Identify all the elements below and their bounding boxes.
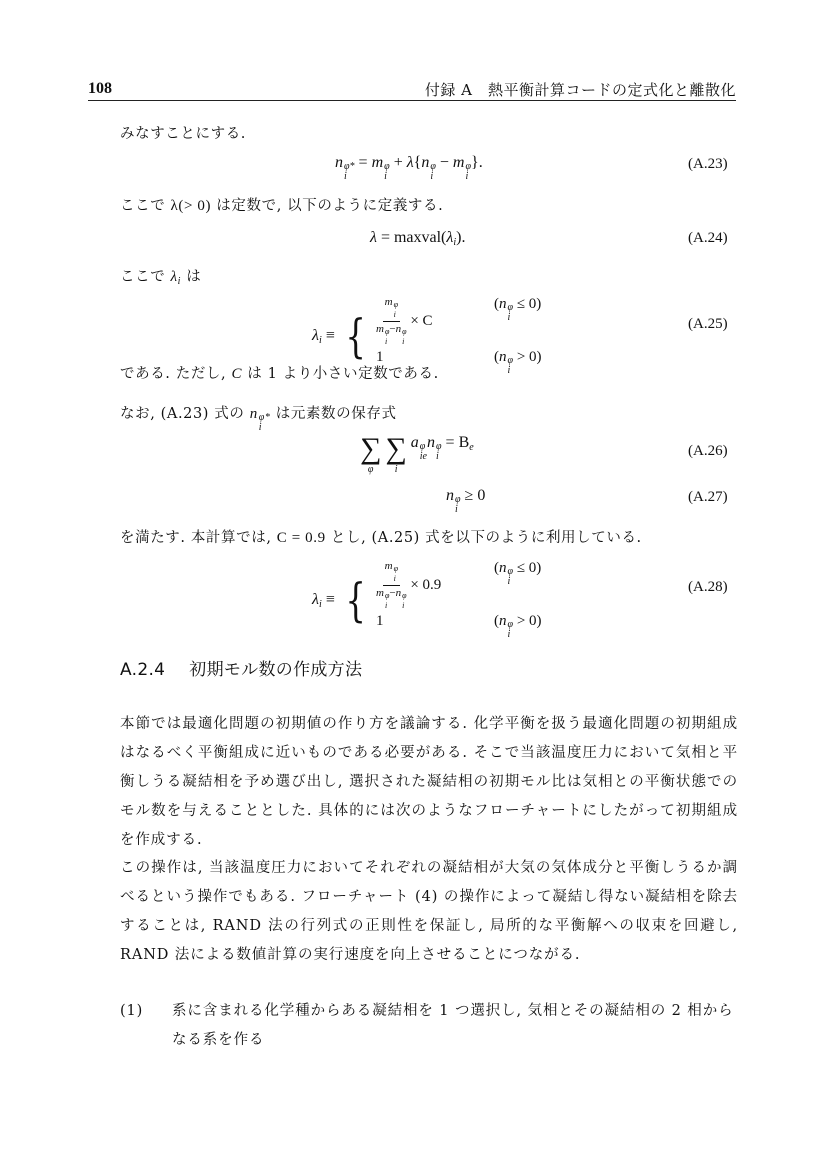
text-line: ここで λi は (120, 267, 201, 292)
section-number: A.2.4 (120, 660, 165, 680)
equation-a23: nφ*i = mφi + λ{nφi − mφi}. (335, 154, 483, 182)
paragraph: 本節では最適化問題の初期値の作り方を議論する. 化学平衡を扱う最適化問題の初期組… (120, 710, 738, 855)
text-line: なお, (A.23) 式の nφ*i は元素数の保存式 (120, 404, 397, 433)
equation-number: (A.23) (688, 156, 728, 173)
text-line: ここで λ(> 0) は定数で, 以下のように定義する. (120, 196, 443, 216)
equation-number: (A.27) (688, 489, 728, 506)
equation-a27: nφi ≥ 0 (446, 487, 485, 515)
equation-a24: λ = maxval(λi). (370, 229, 465, 248)
equation-a28: λi ≡ { mφimφi−nφi × 0.9 (nφi ≤ 0) 1 (nφi… (312, 560, 574, 640)
equation-number: (A.24) (688, 230, 728, 247)
running-title: 付録 A 熱平衡計算コードの定式化と離散化 (425, 79, 736, 100)
text-line: である. ただし, C は 1 より小さい定数である. (120, 364, 439, 384)
equation-number: (A.25) (688, 316, 728, 333)
equation-a26: ∑φ ∑i aφienφi = Be (360, 434, 474, 476)
text-line: を満たす. 本計算では, C = 0.9 とし, (A.25) 式を以下のように… (120, 528, 642, 548)
section-heading: A.2.4初期モル数の作成方法 (120, 655, 362, 680)
running-header: 108 付録 A 熱平衡計算コードの定式化と離散化 (88, 78, 736, 101)
list-item-text: 系に含まれる化学種からある凝結相を 1 つ選択し, 気相とその凝結相の 2 相か… (172, 997, 738, 1055)
page-number: 108 (88, 80, 112, 98)
text-line: みなすことにする. (120, 124, 246, 144)
list-item: (1) 系に含まれる化学種からある凝結相を 1 つ選択し, 気相とその凝結相の … (120, 997, 738, 1055)
list-item-label: (1) (120, 997, 143, 1026)
equation-number: (A.28) (688, 579, 728, 596)
paragraph: この操作は, 当該温度圧力においてそれぞれの凝結相が大気の気体成分と平衡しうるか… (120, 854, 738, 970)
section-title: 初期モル数の作成方法 (189, 660, 362, 680)
equation-number: (A.26) (688, 443, 728, 460)
